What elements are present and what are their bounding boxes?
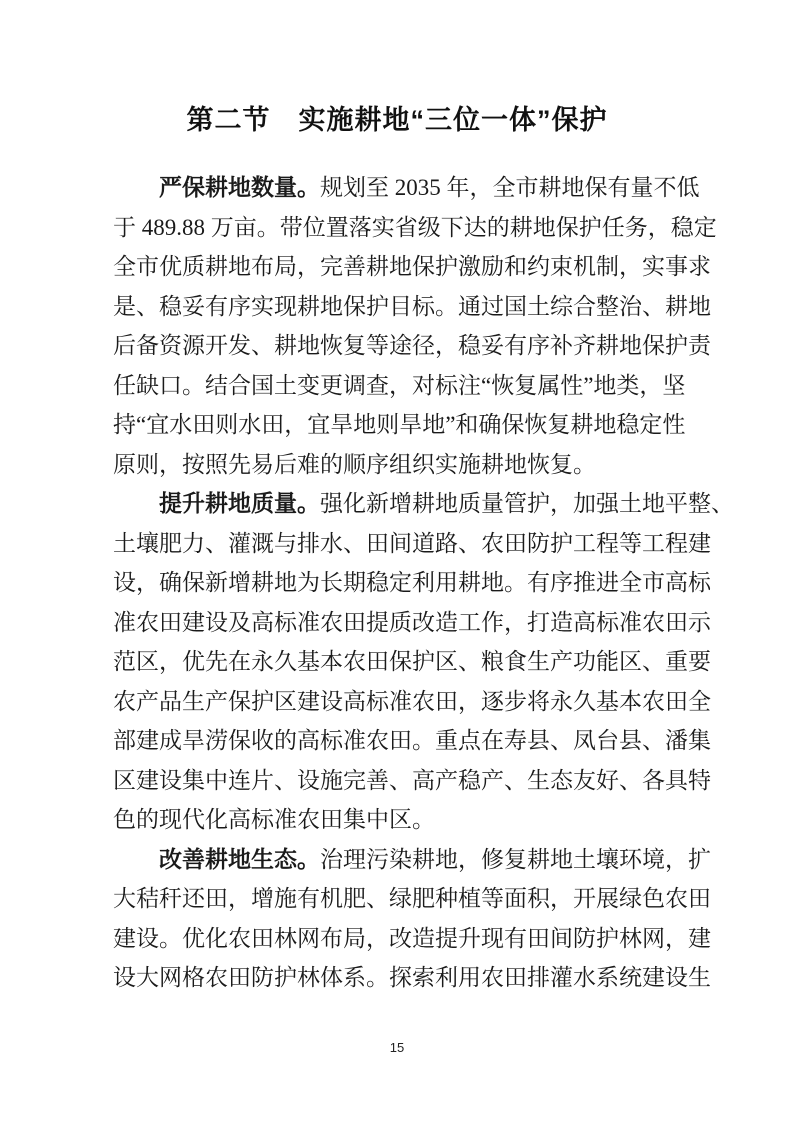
text-line: 土壤肥力、灌溉与排水、田间道路、农田防护工程等工程建 <box>113 524 681 564</box>
paragraph-lead: 提升耕地质量。 <box>159 491 320 516</box>
text-line: 持“宜水田则水田，宜旱地则旱地”和确保恢复耕地稳定性 <box>113 405 681 445</box>
document-body: 严保耕地数量。规划至 2035 年，全市耕地保有量不低 于 489.88 万亩。… <box>113 168 681 998</box>
paragraph-3: 改善耕地生态。治理污染耕地，修复耕地土壤环境，扩 大秸秆还田，增施有机肥、绿肥种… <box>113 840 681 998</box>
text-line: 建设。优化农田林网布局，改造提升现有田间防护林网，建 <box>113 919 681 959</box>
text-line: 范区，优先在永久基本农田保护区、粮食生产功能区、重要 <box>113 642 681 682</box>
text-line: 色的现代化高标准农田集中区。 <box>113 800 681 840</box>
document-page: 第二节 实施耕地“三位一体”保护 严保耕地数量。规划至 2035 年，全市耕地保… <box>0 0 794 1122</box>
text-line: 设，确保新增耕地为长期稳定利用耕地。有序推进全市高标 <box>113 563 681 603</box>
text-line: 后备资源开发、耕地恢复等途径，稳妥有序补齐耕地保护责 <box>113 326 681 366</box>
paragraph-2: 提升耕地质量。强化新增耕地质量管护，加强土地平整、 土壤肥力、灌溉与排水、田间道… <box>113 484 681 840</box>
text-line: 于 489.88 万亩。带位置落实省级下达的耕地保护任务，稳定 <box>113 208 681 248</box>
section-title: 第二节 实施耕地“三位一体”保护 <box>0 104 794 136</box>
page-number: 15 <box>0 1040 794 1055</box>
text-line: 区建设集中连片、设施完善、高产稳产、生态友好、各具特 <box>113 761 681 801</box>
paragraph-lead: 严保耕地数量。 <box>159 175 320 200</box>
text-line: 是、稳妥有序实现耕地保护目标。通过国土综合整治、耕地 <box>113 287 681 327</box>
text-line: 严保耕地数量。规划至 2035 年，全市耕地保有量不低 <box>113 168 681 208</box>
text-line: 准农田建设及高标准农田提质改造工作，打造高标准农田示 <box>113 603 681 643</box>
paragraph-lead: 改善耕地生态。 <box>159 847 320 872</box>
text-line: 部建成旱涝保收的高标准农田。重点在寿县、凤台县、潘集 <box>113 721 681 761</box>
text-line: 提升耕地质量。强化新增耕地质量管护，加强土地平整、 <box>113 484 681 524</box>
line-text: 治理污染耕地，修复耕地土壤环境，扩 <box>320 847 711 872</box>
line-text: 强化新增耕地质量管护，加强土地平整、 <box>320 491 734 516</box>
text-line: 改善耕地生态。治理污染耕地，修复耕地土壤环境，扩 <box>113 840 681 880</box>
text-line: 设大网格农田防护林体系。探索利用农田排灌水系统建设生 <box>113 958 681 998</box>
text-line: 全市优质耕地布局，完善耕地保护激励和约束机制，实事求 <box>113 247 681 287</box>
text-line: 大秸秆还田，增施有机肥、绿肥种植等面积，开展绿色农田 <box>113 879 681 919</box>
text-line: 任缺口。结合国土变更调查，对标注“恢复属性”地类，坚 <box>113 366 681 406</box>
text-line: 农产品生产保护区建设高标准农田，逐步将永久基本农田全 <box>113 682 681 722</box>
text-line: 原则，按照先易后难的顺序组织实施耕地恢复。 <box>113 445 681 485</box>
paragraph-1: 严保耕地数量。规划至 2035 年，全市耕地保有量不低 于 489.88 万亩。… <box>113 168 681 484</box>
line-text: 规划至 2035 年，全市耕地保有量不低 <box>320 175 700 200</box>
